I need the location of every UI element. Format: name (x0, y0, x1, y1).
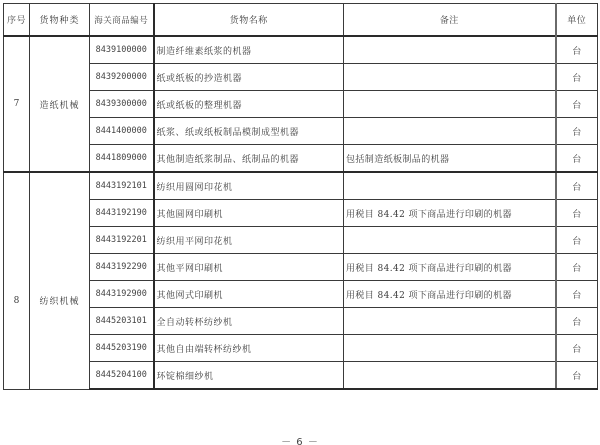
header-unit: 单位 (556, 4, 598, 37)
hs-code-cell: 8445204100 (90, 362, 154, 390)
group-category: 纺织机械 (30, 172, 90, 389)
note-cell: 用税目 84.42 项下商品进行印刷的机器 (344, 200, 556, 227)
note-cell: 用税目 84.42 项下商品进行印刷的机器 (344, 254, 556, 281)
goods-name-cell: 全自动转杯纺纱机 (154, 308, 344, 335)
goods-name-cell: 制造纤维素纸浆的机器 (154, 36, 344, 64)
table-row: 8445204100 环锭棉细纱机 台 (4, 362, 598, 390)
table-row: 8 纺织机械 8443192101 纺织用圆网印花机 台 (4, 172, 598, 200)
table-row: 8443192201 纺织用平网印花机 台 (4, 227, 598, 254)
unit-cell: 台 (556, 91, 598, 118)
unit-cell: 台 (556, 118, 598, 145)
note-cell (344, 227, 556, 254)
note-cell (344, 362, 556, 390)
table-header-row: 序号 货物种类 海关商品编号 货物名称 备注 单位 (4, 4, 598, 37)
group-category: 造纸机械 (30, 36, 90, 172)
group-number: 7 (4, 36, 30, 172)
unit-cell: 台 (556, 308, 598, 335)
hs-code-cell: 8443192900 (90, 281, 154, 308)
hs-code-cell: 8439200000 (90, 64, 154, 91)
document-page: 序号 货物种类 海关商品编号 货物名称 备注 单位 7 造纸机械 8439100… (0, 0, 600, 445)
table-row: 8445203190 其他自由端转杯纺纱机 台 (4, 335, 598, 362)
header-name: 货物名称 (154, 4, 344, 37)
unit-cell: 台 (556, 36, 598, 64)
unit-cell: 台 (556, 362, 598, 390)
goods-table: 序号 货物种类 海关商品编号 货物名称 备注 单位 7 造纸机械 8439100… (3, 3, 598, 390)
goods-name-cell: 纺织用圆网印花机 (154, 172, 344, 200)
table-row: 8441400000 纸浆、纸或纸板制品模制成型机器 台 (4, 118, 598, 145)
table-row: 8443192190 其他圆网印刷机 用税目 84.42 项下商品进行印刷的机器… (4, 200, 598, 227)
goods-name-cell: 环锭棉细纱机 (154, 362, 344, 390)
unit-cell: 台 (556, 64, 598, 91)
goods-name-cell: 其他平网印刷机 (154, 254, 344, 281)
hs-code-cell: 8443192290 (90, 254, 154, 281)
note-cell (344, 335, 556, 362)
table-row: 8439200000 纸或纸板的抄造机器 台 (4, 64, 598, 91)
hs-code-cell: 8445203190 (90, 335, 154, 362)
goods-name-cell: 其他网式印刷机 (154, 281, 344, 308)
hs-code-cell: 8443192201 (90, 227, 154, 254)
goods-name-cell: 纸浆、纸或纸板制品模制成型机器 (154, 118, 344, 145)
unit-cell: 台 (556, 227, 598, 254)
table-row: 8443192900 其他网式印刷机 用税目 84.42 项下商品进行印刷的机器… (4, 281, 598, 308)
goods-name-cell: 纸或纸板的抄造机器 (154, 64, 344, 91)
hs-code-cell: 8441400000 (90, 118, 154, 145)
hs-code-cell: 8439300000 (90, 91, 154, 118)
goods-name-cell: 纸或纸板的整理机器 (154, 91, 344, 118)
group-number: 8 (4, 172, 30, 389)
unit-cell: 台 (556, 145, 598, 173)
note-cell (344, 64, 556, 91)
unit-cell: 台 (556, 335, 598, 362)
unit-cell: 台 (556, 200, 598, 227)
hs-code-cell: 8439100000 (90, 36, 154, 64)
note-cell (344, 172, 556, 200)
header-no: 序号 (4, 4, 30, 37)
page-number: － 6 － (0, 433, 600, 445)
goods-name-cell: 其他圆网印刷机 (154, 200, 344, 227)
note-cell (344, 36, 556, 64)
goods-name-cell: 其他制造纸浆制品、纸制品的机器 (154, 145, 344, 173)
hs-code-cell: 8443192190 (90, 200, 154, 227)
hs-code-cell: 8443192101 (90, 172, 154, 200)
note-cell (344, 91, 556, 118)
header-note: 备注 (344, 4, 556, 37)
header-category: 货物种类 (30, 4, 90, 37)
table-row: 8443192290 其他平网印刷机 用税目 84.42 项下商品进行印刷的机器… (4, 254, 598, 281)
unit-cell: 台 (556, 254, 598, 281)
goods-name-cell: 纺织用平网印花机 (154, 227, 344, 254)
note-cell (344, 308, 556, 335)
table-row: 8445203101 全自动转杯纺纱机 台 (4, 308, 598, 335)
table-row: 8441809000 其他制造纸浆制品、纸制品的机器 包括制造纸板制品的机器 台 (4, 145, 598, 173)
note-cell (344, 118, 556, 145)
header-hs-code: 海关商品编号 (90, 4, 154, 37)
note-cell: 包括制造纸板制品的机器 (344, 145, 556, 173)
note-cell: 用税目 84.42 项下商品进行印刷的机器 (344, 281, 556, 308)
unit-cell: 台 (556, 281, 598, 308)
hs-code-cell: 8441809000 (90, 145, 154, 173)
goods-name-cell: 其他自由端转杯纺纱机 (154, 335, 344, 362)
hs-code-cell: 8445203101 (90, 308, 154, 335)
unit-cell: 台 (556, 172, 598, 200)
table-row: 8439300000 纸或纸板的整理机器 台 (4, 91, 598, 118)
table-row: 7 造纸机械 8439100000 制造纤维素纸浆的机器 台 (4, 36, 598, 64)
